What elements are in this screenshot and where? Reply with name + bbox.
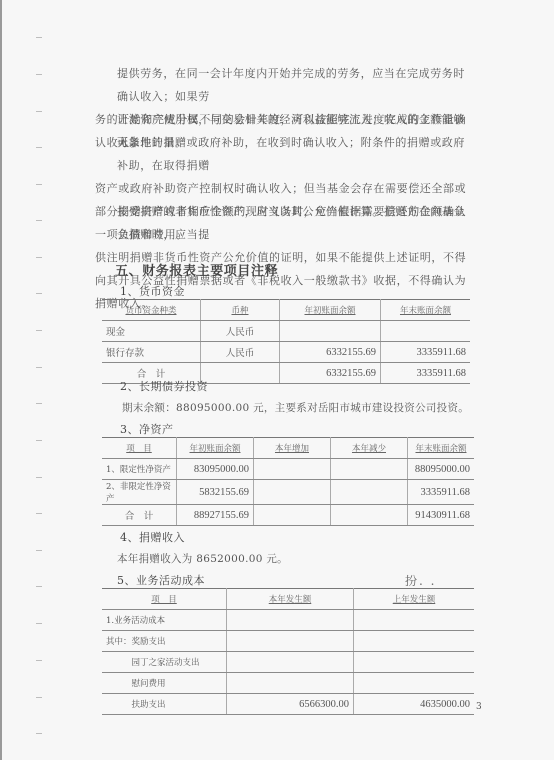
cell: 慰问费用 [102,673,227,694]
subsection-title-donation: 4、捐赠收入 [120,529,185,545]
table-total-row: 合 计 88927155.69 91430911.68 [102,505,474,526]
column-header: 本年减少 [331,438,408,459]
table-row: 现金 人民币 [102,321,470,342]
document-page: 提供劳务，在同一会计年度内开始并完成的劳务，应当在完成劳务时确认收入；如果劳 务… [0,0,554,760]
cell: 1.业务活动成本 [102,610,227,631]
column-header: 本年发生额 [227,589,354,610]
cell [331,480,408,505]
table-row: 园丁之家活动支出 [102,652,474,673]
cell: 扶助支出 [102,694,227,715]
cell: 3335911.68 [381,342,471,363]
cell: 2、非限定性净资产 [102,480,177,505]
cell [254,459,331,480]
column-header: 年初账面余额 [280,300,381,321]
column-header: 年末账面余额 [381,300,471,321]
cell: 91430911.68 [408,505,475,526]
subsection-title-net-assets: 3、净资产 [120,421,174,437]
column-header: 币种 [201,300,280,321]
cell: 现金 [102,321,201,342]
cell: 3335911.68 [408,480,475,505]
cell: 园丁之家活动支出 [102,652,227,673]
column-header: 本年增加 [254,438,331,459]
cell [354,610,475,631]
subsection-title-cash: 1、货币资金 [120,283,185,299]
cell: 5832155.69 [177,480,254,505]
table-row: 其中：奖励支出 [102,631,474,652]
table-row: 2、非限定性净资产 5832155.69 3335911.68 [102,480,474,505]
subsection-title-activity-cost: 5、业务活动成本 [117,572,205,588]
cell: 4635000.00 [354,694,475,715]
net-assets-table: 项 目 年初账面余额 本年增加 本年减少 年末账面余额 1、限定性净资产 830… [102,437,474,526]
cell: 6332155.69 [280,363,381,384]
cell [280,321,381,342]
paragraph-line: 提供劳务，在同一会计年度内开始并完成的劳务，应当在完成劳务时确认收入；如果劳 [95,62,475,108]
table-row: 1、限定性净资产 83095000.00 88095000.00 [102,459,474,480]
section-title: 五、财务报表主要项目注释 [115,260,278,279]
cell [254,480,331,505]
bond-balance-text: 期末余额：88095000.00 元，主要系对岳阳市城市建设投资公司投资。 [122,400,469,415]
cell: 合 计 [102,505,177,526]
table-header-row: 项 目 本年发生额 上年发生额 [102,589,474,610]
donation-income-text: 本年捐赠收入为 8652000.00 元。 [117,551,288,566]
cell: 6332155.69 [280,342,381,363]
page-number: 3 [476,702,482,712]
table-row: 慰问费用 [102,673,474,694]
table-header-row: 货币资金种类 币种 年初账面余额 年末账面余额 [102,300,470,321]
cell [381,321,471,342]
subsection-title-bond: 2、长期债券投资 [120,378,208,394]
cell: 1、限定性净资产 [102,459,177,480]
cell [254,505,331,526]
activity-cost-table: 项 目 本年发生额 上年发生额 1.业务活动成本 其中：奖励支出 园丁之家活动支… [102,588,474,715]
cell [331,459,408,480]
column-header: 货币资金种类 [102,300,201,321]
cell [354,673,475,694]
column-header: 年初账面余额 [177,438,254,459]
cell: 83095000.00 [177,459,254,480]
cell [201,363,280,384]
cell [227,610,354,631]
cell [354,631,475,652]
table-row: 扶助支出 6566300.00 4635000.00 [102,694,474,715]
signature-mark: 扮. . [405,572,436,589]
table-row: 银行存款 人民币 6332155.69 3335911.68 [102,342,470,363]
cell: 3335911.68 [381,363,471,384]
cell: 88927155.69 [177,505,254,526]
cash-table: 货币资金种类 币种 年初账面余额 年末账面余额 现金 人民币 银行存款 人民币 … [102,299,470,384]
cell: 人民币 [201,321,280,342]
cell: 88095000.00 [408,459,475,480]
cell [354,652,475,673]
cell: 其中：奖励支出 [102,631,227,652]
cell [227,673,354,694]
column-header: 项 目 [102,438,177,459]
column-header: 年末账面余额 [408,438,475,459]
cell [331,505,408,526]
cell: 人民币 [201,342,280,363]
cell: 6566300.00 [227,694,354,715]
cell [227,652,354,673]
column-header: 项 目 [102,589,227,610]
paragraph-line: 接受捐赠的非货币性资产，应当以其公允价值计算。捐赠方在向基金会捐赠时，应当提 [95,200,475,246]
cell: 银行存款 [102,342,201,363]
cell [227,631,354,652]
table-row: 1.业务活动成本 [102,610,474,631]
column-header: 上年发生额 [354,589,475,610]
paragraph-line: 无条件的捐赠或政府补助，在收到时确认收入；附条件的捐赠或政府补助，在取得捐赠 [95,131,475,177]
table-header-row: 项 目 年初账面余额 本年增加 本年减少 年末账面余额 [102,438,474,459]
